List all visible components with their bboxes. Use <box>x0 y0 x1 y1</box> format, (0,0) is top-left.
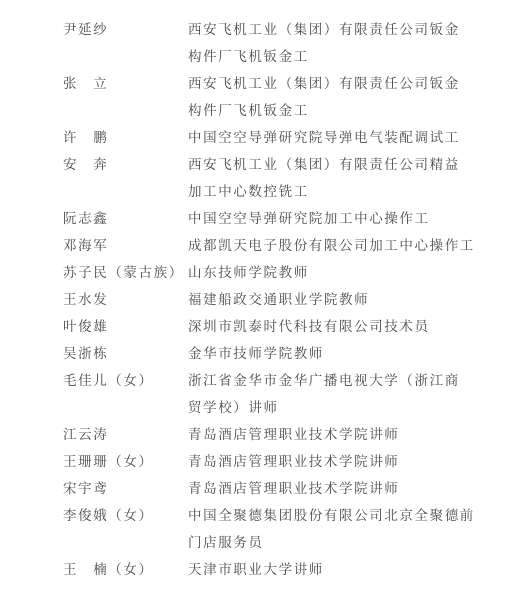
roster-row: 吴浙栋 金华市技师学院教师 <box>63 340 502 367</box>
roster-row: 许 鹏 中国空空导弹研究院导弹电气装配调试工 <box>63 124 502 151</box>
person-name: 宋宇鸢 <box>63 475 188 502</box>
person-name: 王珊珊（女） <box>63 448 188 475</box>
roster-row: 叶俊雄 深圳市凯泰时代科技有限公司技术员 <box>63 313 502 340</box>
person-affiliation: 西安飞机工业（集团）有限责任公司钣金 构件厂飞机钣金工 <box>188 16 502 70</box>
person-name: 王 楠（女） <box>63 556 188 583</box>
roster-row: 阮志鑫 中国空空导弹研究院加工中心操作工 <box>63 205 502 232</box>
person-name: 王水发 <box>63 286 188 313</box>
roster-row: 王 楠（女） 天津市职业大学讲师 <box>63 556 502 583</box>
roster-row: 苏子民（蒙古族） 山东技师学院教师 <box>63 259 502 286</box>
person-name: 阮志鑫 <box>63 205 188 232</box>
roster-row: 宋宇鸢 青岛酒店管理职业技术学院讲师 <box>63 475 502 502</box>
roster-row: 邓海军 成都凯天电子股份有限公司加工中心操作工 <box>63 232 502 259</box>
person-name: 叶俊雄 <box>63 313 188 340</box>
person-name: 许 鹏 <box>63 124 188 151</box>
person-affiliation: 青岛酒店管理职业技术学院讲师 <box>188 421 502 448</box>
roster-list: 尹延纱 西安飞机工业（集团）有限责任公司钣金 构件厂飞机钣金工 张 立 西安飞机… <box>63 16 502 583</box>
person-name: 安 奔 <box>63 151 188 178</box>
roster-row: 王水发 福建船政交通职业学院教师 <box>63 286 502 313</box>
person-affiliation: 福建船政交通职业学院教师 <box>188 286 502 313</box>
person-name: 苏子民（蒙古族） <box>63 259 188 286</box>
person-name: 尹延纱 <box>63 16 188 43</box>
roster-row: 王珊珊（女） 青岛酒店管理职业技术学院讲师 <box>63 448 502 475</box>
person-affiliation: 浙江省金华市金华广播电视大学（浙江商 贸学校）讲师 <box>188 367 502 421</box>
roster-row: 江云涛 青岛酒店管理职业技术学院讲师 <box>63 421 502 448</box>
person-affiliation: 山东技师学院教师 <box>188 259 502 286</box>
document-page: 尹延纱 西安飞机工业（集团）有限责任公司钣金 构件厂飞机钣金工 张 立 西安飞机… <box>0 0 522 591</box>
person-affiliation: 深圳市凯泰时代科技有限公司技术员 <box>188 313 502 340</box>
person-name: 张 立 <box>63 70 188 97</box>
roster-row: 尹延纱 西安飞机工业（集团）有限责任公司钣金 构件厂飞机钣金工 <box>63 16 502 70</box>
roster-row: 安 奔 西安飞机工业（集团）有限责任公司精益 加工中心数控铣工 <box>63 151 502 205</box>
person-affiliation: 天津市职业大学讲师 <box>188 556 502 583</box>
person-name: 吴浙栋 <box>63 340 188 367</box>
roster-row: 张 立 西安飞机工业（集团）有限责任公司钣金 构件厂飞机钣金工 <box>63 70 502 124</box>
roster-row: 李俊娥（女） 中国全聚德集团股份有限公司北京全聚德前 门店服务员 <box>63 502 502 556</box>
person-affiliation: 中国空空导弹研究院加工中心操作工 <box>188 205 502 232</box>
person-affiliation: 金华市技师学院教师 <box>188 340 502 367</box>
person-name: 邓海军 <box>63 232 188 259</box>
person-name: 李俊娥（女） <box>63 502 188 529</box>
person-affiliation: 青岛酒店管理职业技术学院讲师 <box>188 448 502 475</box>
person-affiliation: 中国全聚德集团股份有限公司北京全聚德前 门店服务员 <box>188 502 502 556</box>
person-affiliation: 西安飞机工业（集团）有限责任公司钣金 构件厂飞机钣金工 <box>188 70 502 124</box>
person-affiliation: 青岛酒店管理职业技术学院讲师 <box>188 475 502 502</box>
person-name: 毛佳儿（女） <box>63 367 188 394</box>
person-affiliation: 西安飞机工业（集团）有限责任公司精益 加工中心数控铣工 <box>188 151 502 205</box>
roster-row: 毛佳儿（女） 浙江省金华市金华广播电视大学（浙江商 贸学校）讲师 <box>63 367 502 421</box>
person-name: 江云涛 <box>63 421 188 448</box>
person-affiliation: 成都凯天电子股份有限公司加工中心操作工 <box>188 232 502 259</box>
person-affiliation: 中国空空导弹研究院导弹电气装配调试工 <box>188 124 502 151</box>
